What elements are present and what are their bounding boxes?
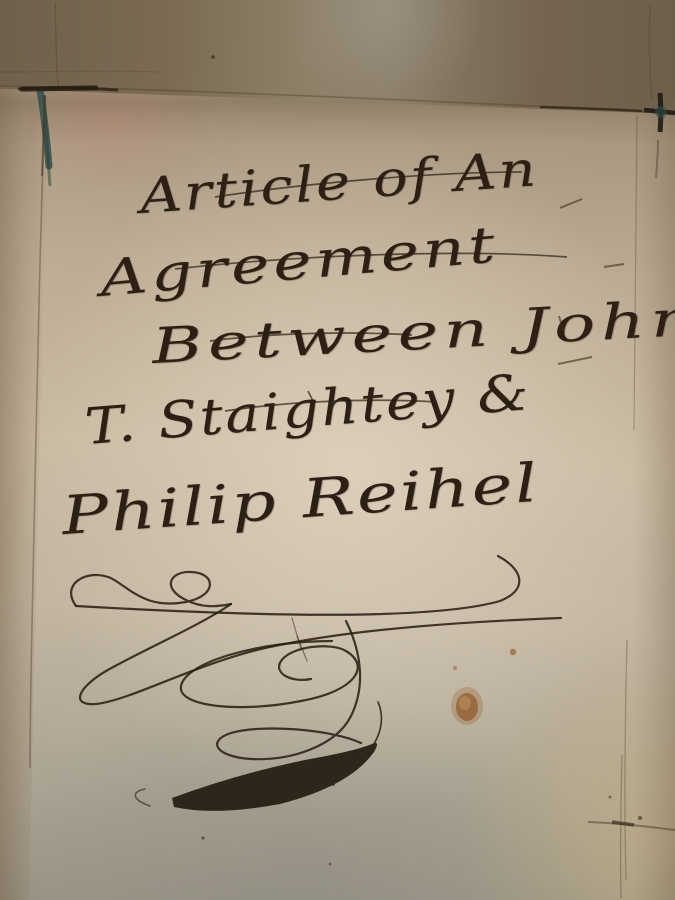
- document-photo: Article of An Agreement Between John T. …: [0, 0, 675, 900]
- photo-vignette: [0, 0, 675, 900]
